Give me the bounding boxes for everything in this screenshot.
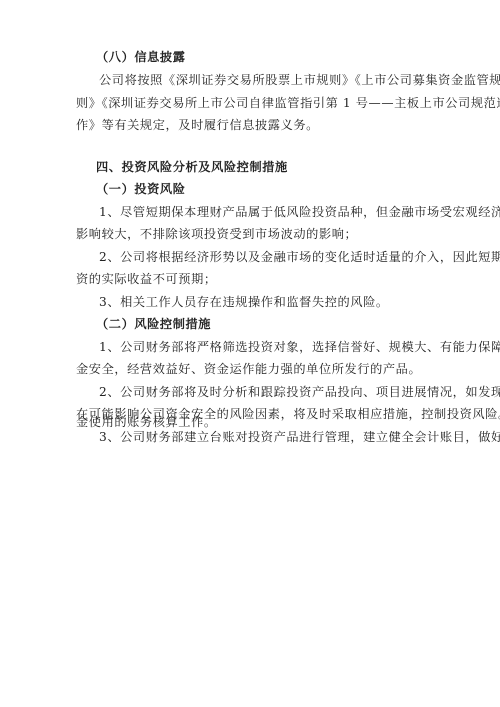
para-line: 作》等有关规定，及时履行信息披露义务。 bbox=[76, 118, 426, 132]
para-line: 则》《深圳证券交易所上市公司自律监管指引第 1 号——主板上市公司规范运 bbox=[76, 96, 426, 110]
para-line: 2、公司将根据经济形势以及金融市场的变化适时适量的介入，因此短期投 bbox=[99, 250, 426, 264]
subheading-investment-risk: （一）投资风险 bbox=[96, 182, 446, 196]
para-line: 金使用的账务核算工作。 bbox=[76, 415, 426, 429]
para-line: 资的实际收益不可预期； bbox=[76, 272, 426, 286]
para-line: 2、公司财务部将及时分析和跟踪投资产品投向、项目进展情况，如发现存 bbox=[99, 385, 426, 399]
para-line: 3、公司财务部建立台账对投资产品进行管理，建立健全会计账目，做好资 bbox=[99, 430, 426, 444]
para-line: 公司将按照《深圳证券交易所股票上市规则》《上市公司募集资金监管规 bbox=[99, 73, 426, 87]
para-line: 影响较大，不排除该项投资受到市场波动的影响； bbox=[76, 227, 426, 241]
heading-section-4: 四、投资风险分析及风险控制措施 bbox=[96, 160, 446, 174]
subheading-risk-control: （二）风险控制措施 bbox=[96, 317, 446, 331]
para-line: 金安全，经营效益好、资金运作能力强的单位所发行的产品。 bbox=[76, 362, 426, 376]
para-line: 1、尽管短期保本理财产品属于低风险投资品种，但金融市场受宏观经济的 bbox=[99, 205, 426, 219]
para-line: 1、公司财务部将严格筛选投资对象，选择信誉好、规模大、有能力保障资 bbox=[99, 340, 426, 354]
document-page: （八）信息披露 公司将按照《深圳证券交易所股票上市规则》《上市公司募集资金监管规… bbox=[0, 0, 500, 707]
subheading-info-disclosure: （八）信息披露 bbox=[96, 50, 446, 64]
para-line: 3、相关工作人员存在违规操作和监督失控的风险。 bbox=[99, 295, 426, 309]
